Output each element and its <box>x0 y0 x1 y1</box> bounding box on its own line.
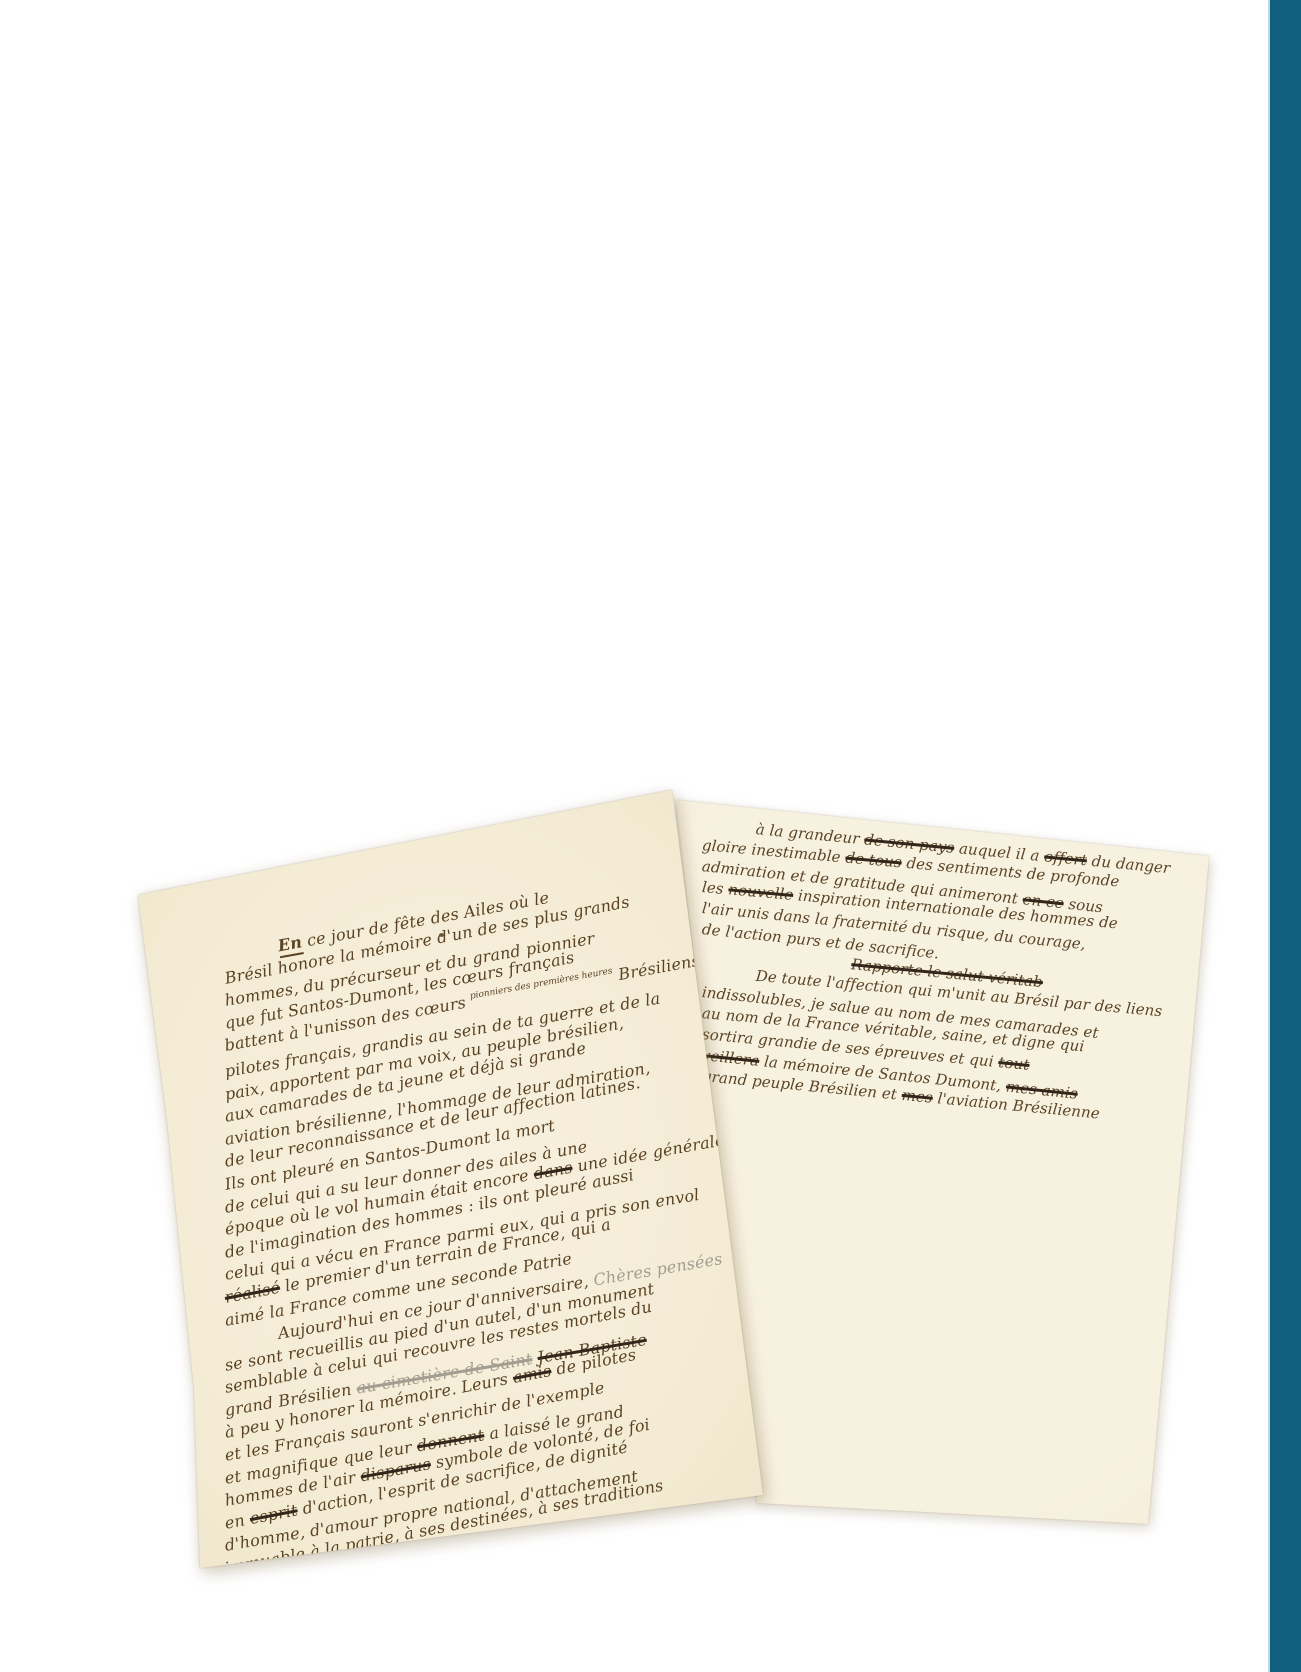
struck-words: amis <box>511 1361 553 1387</box>
manuscript-left-page: En ce jour de fête des Ailes où leBrésil… <box>0 0 1301 1672</box>
catalog-photo-page: à la grandeur de son pays auquel il a of… <box>0 0 1301 1672</box>
manuscript-left-text: En ce jour de fête des Ailes où leBrésil… <box>225 945 740 1581</box>
accent-band <box>1270 0 1301 1672</box>
manuscript-left-page-wrap: En ce jour de fête des Ailes où leBrésil… <box>0 0 1301 1672</box>
